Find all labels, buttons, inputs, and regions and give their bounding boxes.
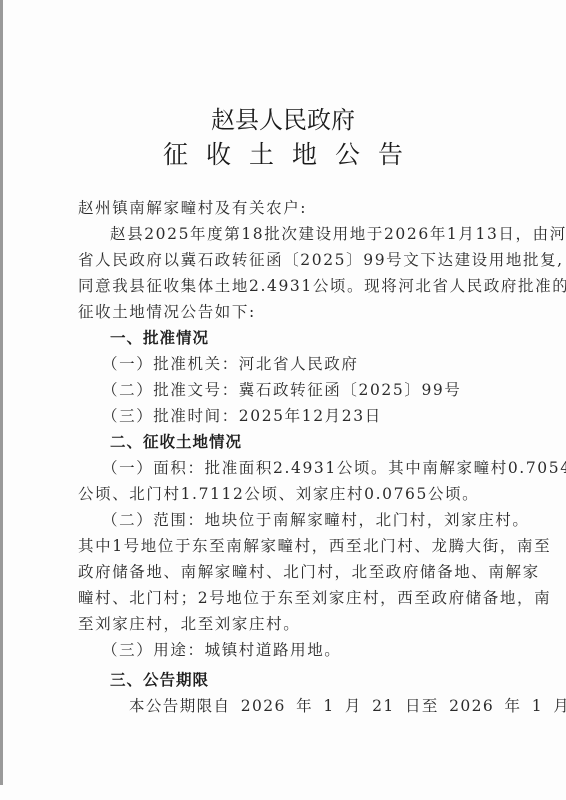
- approval-date: （三）批准时间：2025年12月23日: [78, 403, 498, 429]
- scope-line: 政府储备地、南解家疃村、北门村，北至政府储备地、南解家: [78, 559, 498, 585]
- salutation: 赵州镇南解家疃村及有关农户:: [78, 195, 498, 221]
- document-body: 赵州镇南解家疃村及有关农户: 赵县2025年度第18批次建设用地于2026年1月…: [78, 195, 498, 719]
- scope-line: 至刘家庄村，北至刘家庄村。: [78, 611, 498, 637]
- approval-authority: （一）批准机关：河北省人民政府: [78, 351, 498, 377]
- area-line: （一）面积：批准面积2.4931公顷。其中南解家疃村0.7054: [78, 455, 498, 481]
- intro-line: 赵县2025年度第18批次建设用地于2026年1月13日，由河北: [78, 221, 498, 247]
- scope-line: （二）范围：地块位于南解家疃村，北门村，刘家庄村。: [78, 507, 498, 533]
- scope-line: 疃村、北门村；2号地位于东至刘家庄村，西至政府储备地，南: [78, 585, 498, 611]
- issuer-title: 赵县人民政府: [0, 104, 566, 136]
- intro-line: 省人民政府以冀石政转征函〔2025〕99号文下达建设用地批复,: [78, 247, 498, 273]
- notice-title: 征收土地公告: [0, 138, 566, 172]
- scope-line: 其中1号地位于东至南解家疃村，西至北门村、龙腾大街，南至: [78, 533, 498, 559]
- intro-line: 同意我县征收集体土地2.4931公顷。现将河北省人民政府批准的: [78, 273, 498, 299]
- scanned-document-page: 赵县人民政府 征收土地公告 赵州镇南解家疃村及有关农户: 赵县2025年度第18…: [0, 0, 566, 800]
- notice-period-line: 本公告期限自 2026 年 1 月 21 日至 2026 年 1 月 28 日。: [78, 693, 498, 719]
- intro-line: 征收土地情况公告如下:: [78, 299, 498, 325]
- section-notice-period: 三、公告期限 本公告期限自 2026 年 1 月 21 日至 2026 年 1 …: [78, 667, 498, 719]
- area-line: 公顷、北门村1.7112公顷、刘家庄村0.0765公顷。: [78, 481, 498, 507]
- document-title: 赵县人民政府 征收土地公告: [0, 104, 566, 172]
- usage-line: （三）用途：城镇村道路用地。: [78, 637, 498, 663]
- section-heading: 一、批准情况: [78, 325, 498, 351]
- section-approval: 一、批准情况 （一）批准机关：河北省人民政府 （二）批准文号：冀石政转征函〔20…: [78, 325, 498, 429]
- section-heading: 三、公告期限: [78, 667, 498, 693]
- approval-document-number: （二）批准文号：冀石政转征函〔2025〕99号: [78, 377, 498, 403]
- section-heading: 二、征收土地情况: [78, 429, 498, 455]
- section-land-info: 二、征收土地情况 （一）面积：批准面积2.4931公顷。其中南解家疃村0.705…: [78, 429, 498, 663]
- intro-paragraph: 赵县2025年度第18批次建设用地于2026年1月13日，由河北 省人民政府以冀…: [78, 221, 498, 325]
